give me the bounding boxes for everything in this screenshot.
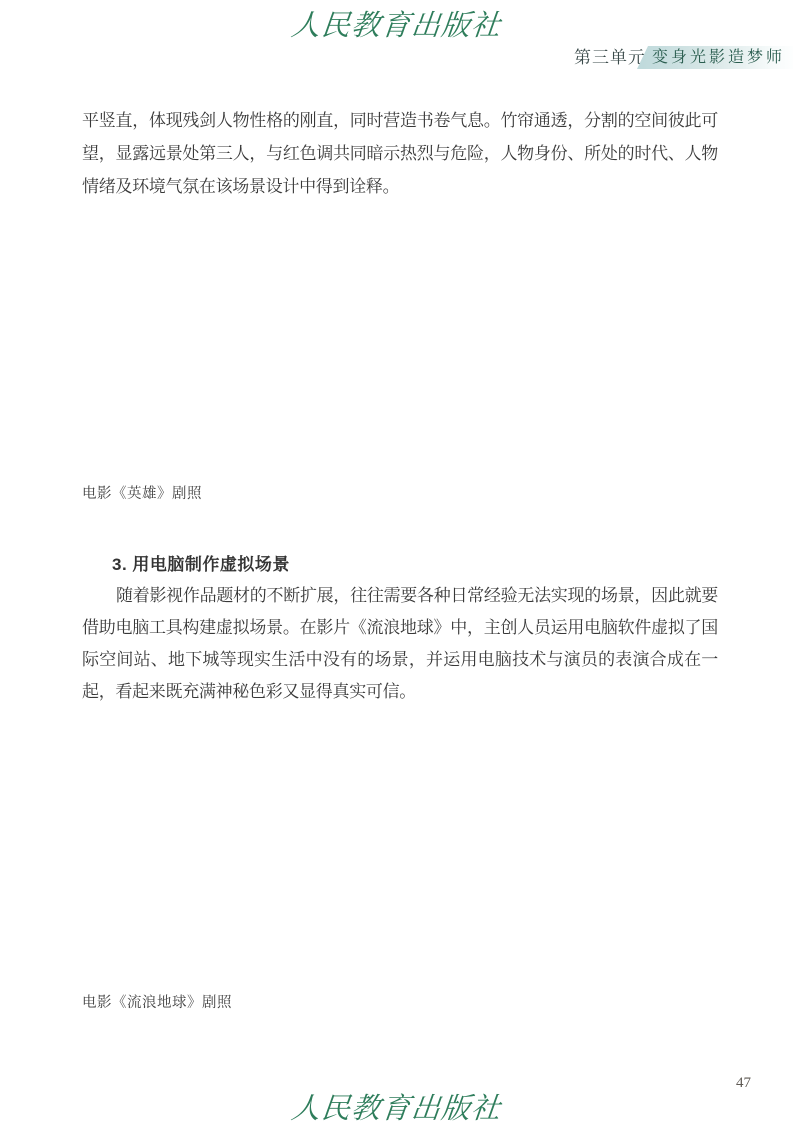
figure-caption-hero-still: 电影《英雄》剧照 xyxy=(82,482,202,503)
body-paragraph-scene-design: 平竖直，体现残剑人物性格的刚直，同时营造书卷气息。竹帘通透，分割的空间彼此可望，… xyxy=(82,104,718,203)
section-heading-virtual-scene: 3. 用电脑制作虚拟场景 xyxy=(112,550,290,575)
textbook-page: 人民教育出版社 第三单元 变身光影造梦师 平竖直，体现残剑人物性格的刚直，同时营… xyxy=(0,0,793,1122)
figure-caption-wandering-earth-still: 电影《流浪地球》剧照 xyxy=(82,991,232,1012)
publisher-logo-top: 人民教育出版社 xyxy=(0,3,793,44)
publisher-logo-bottom: 人民教育出版社 xyxy=(0,1086,793,1122)
unit-title-band: 变身光影造梦师 xyxy=(637,46,793,69)
unit-title-text: 变身光影造梦师 xyxy=(637,46,785,69)
unit-number-label: 第三单元 xyxy=(574,47,646,69)
body-paragraph-computer-scene: 随着影视作品题材的不断扩展，往往需要各种日常经验无法实现的场景，因此就要借助电脑… xyxy=(82,580,718,708)
